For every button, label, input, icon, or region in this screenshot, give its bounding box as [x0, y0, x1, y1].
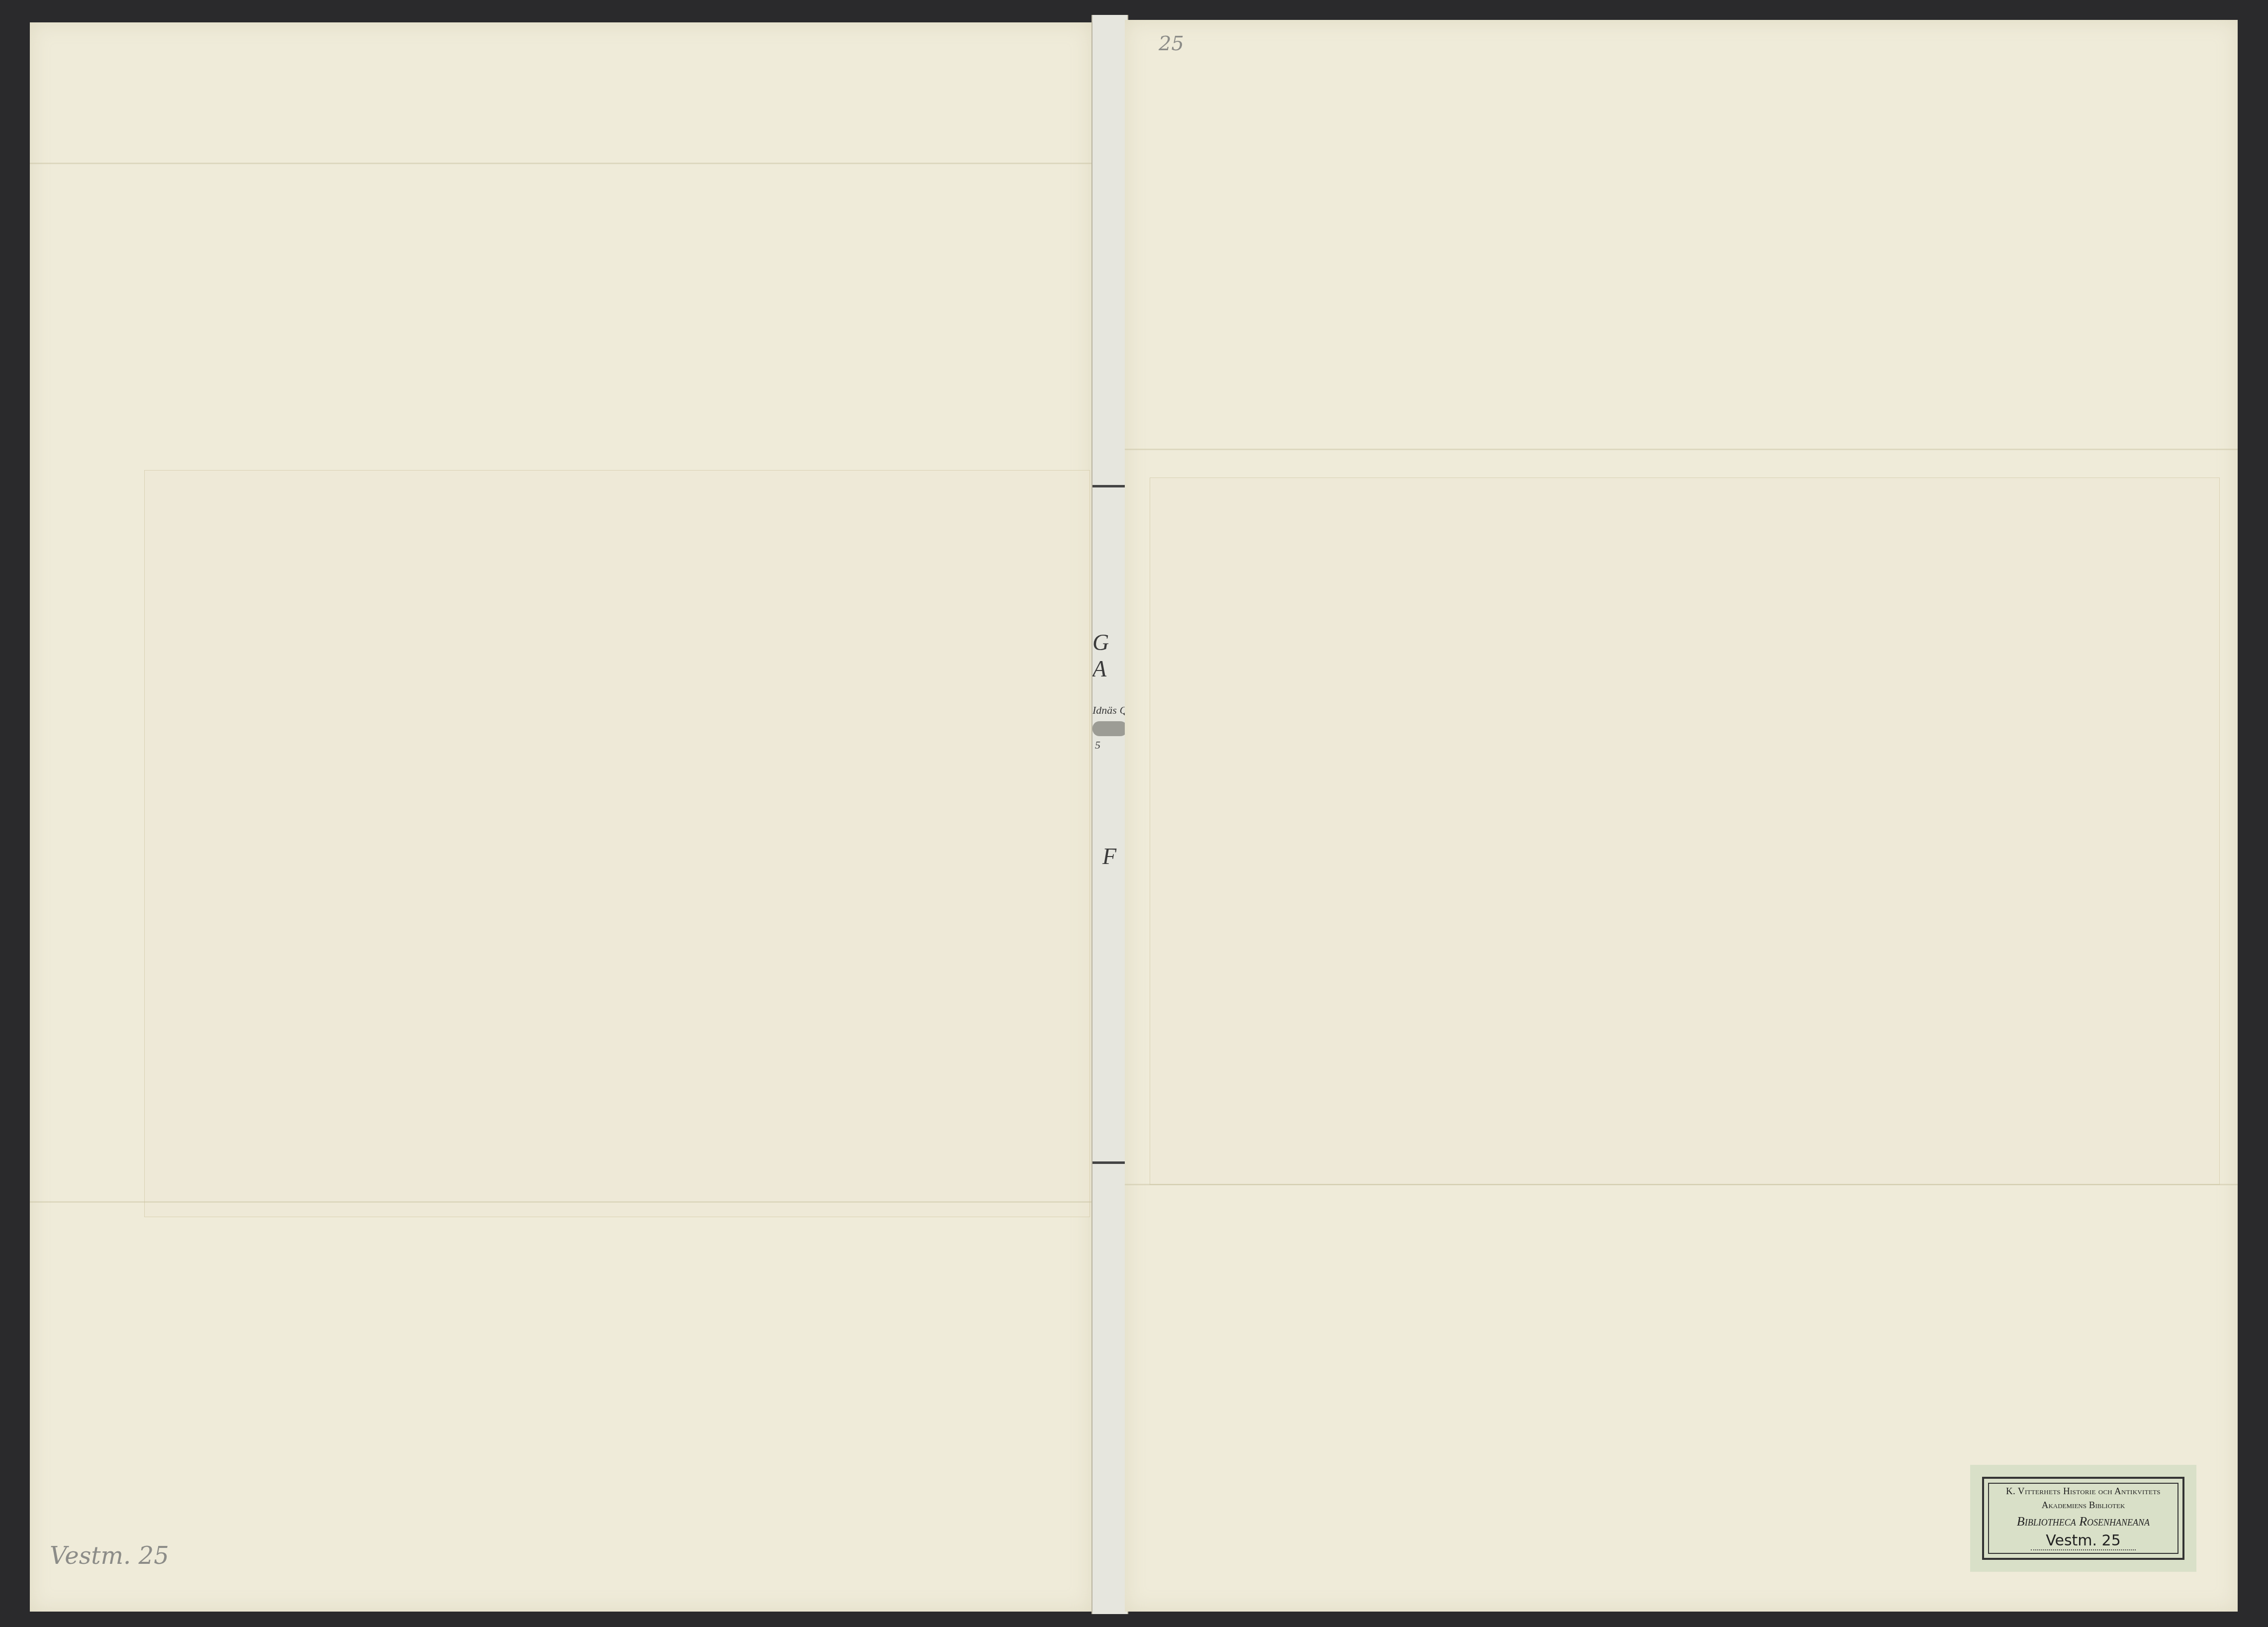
fold-line: [30, 1201, 1091, 1203]
frame-line-top: [1092, 485, 1127, 487]
right-sheet: 25: [1125, 20, 2238, 1612]
left-sheet: Vestm. 25: [30, 22, 1091, 1612]
label-line-1: K. Vitterhets Historie och Antikvitets: [2006, 1486, 2161, 1497]
pencil-page-number: 25: [1159, 32, 1184, 55]
lake-shape: [1092, 721, 1127, 736]
label-border: K. Vitterhets Historie och Antikvitets A…: [1982, 1477, 2184, 1560]
pencil-shelfmark: Vestm. 25: [50, 1542, 169, 1570]
label-shelfmark: Vestm. 25: [2031, 1532, 2136, 1550]
map-letter-bottom: F: [1102, 843, 1116, 869]
back-panel: [1150, 478, 2220, 1185]
fold-line: [1125, 449, 2238, 450]
library-bookplate-label: K. Vitterhets Historie och Antikvitets A…: [1970, 1465, 2196, 1572]
map-place-name: Idnäs Qv: [1092, 704, 1128, 717]
map-letters-top: G A: [1092, 629, 1127, 682]
back-panel: [144, 470, 1090, 1217]
label-line-3: Bibliotheca Rosenhaneana: [2017, 1514, 2150, 1529]
fold-line: [1125, 1184, 2238, 1185]
fold-line: [30, 163, 1091, 164]
label-line-2: Akademiens Bibliotek: [2042, 1500, 2125, 1511]
map-number: 5: [1095, 739, 1100, 752]
center-map-strip: G A Idnäs Qv 5 F: [1091, 15, 1128, 1614]
label-inner-border: K. Vitterhets Historie och Antikvitets A…: [1988, 1483, 2178, 1554]
frame-line-bottom: [1092, 1161, 1127, 1164]
